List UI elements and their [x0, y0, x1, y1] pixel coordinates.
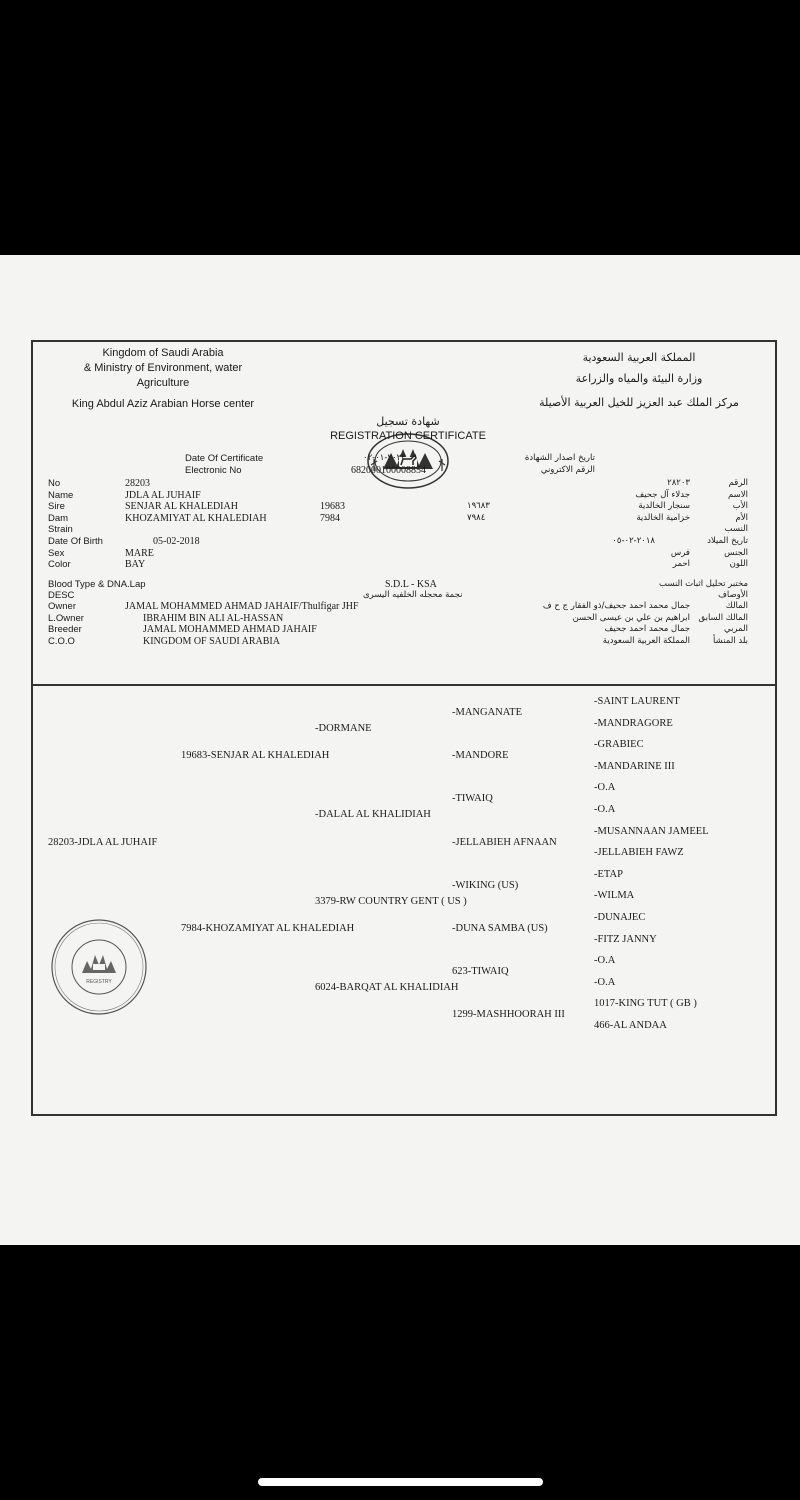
pedigree-entry: 1299-MASHHOORAH III [452, 1009, 565, 1020]
pedigree-entry: -JELLABIEH FAWZ [594, 847, 684, 858]
field-label-ar: النسب [725, 524, 748, 534]
field-value: 05-02-2018 [153, 536, 200, 547]
registry-stamp-icon: REGISTRY [49, 917, 149, 1017]
certificate-frame: Kingdom of Saudi Arabia & Ministry of En… [31, 340, 777, 1116]
owner-label-ar: المالك [726, 601, 748, 611]
pedigree-entry: 28203-JDLA AL JUHAIF [48, 837, 157, 848]
pedigree-entry: -MANDORE [452, 750, 509, 761]
pedigree-entry: -O.A [594, 955, 615, 966]
header-left: Kingdom of Saudi Arabia & Ministry of En… [53, 346, 273, 412]
owner-label-ar: المربي [724, 624, 748, 634]
field-value: SENJAR AL KHALEDIAH [125, 501, 238, 512]
owner-label: Owner [48, 601, 76, 612]
field-label-ar: اللون [730, 559, 748, 569]
pedigree-entry: -MUSANNAAN JAMEEL [594, 826, 709, 837]
desc-label: DESC [48, 590, 74, 601]
desc-value-ar: نجمة محجله الخلفيه اليسرى [363, 590, 462, 600]
header-left-line: Kingdom of Saudi Arabia [53, 346, 273, 361]
pedigree-entry: 466-AL ANDAA [594, 1020, 667, 1031]
pedigree-entry: -SAINT LAURENT [594, 696, 680, 707]
header-right-center: مركز الملك عبد العزيز للخيل العربية الأص… [529, 390, 749, 416]
header-left-line: & Ministry of Environment, water [53, 361, 273, 376]
field-number: 7984 [320, 513, 340, 524]
pedigree-entry: -GRABIEC [594, 739, 644, 750]
field-label: Name [48, 490, 73, 501]
date-label-ar: تاريخ اصدار الشهادة [525, 453, 595, 463]
date-label: Date Of Certificate [185, 453, 263, 464]
pedigree-entry: 623-TIWAIQ [452, 966, 509, 977]
header-right-line: المملكة العربية السعودية [529, 348, 749, 368]
pedigree-entry: 3379-RW COUNTRY GENT ( US ) [315, 896, 467, 907]
field-label: No [48, 478, 60, 489]
header-right-line: وزارة البيئة والمياه والزراعة [529, 368, 749, 390]
field-label: Dam [48, 513, 68, 524]
owner-value: KINGDOM OF SAUDI ARABIA [143, 636, 280, 647]
field-value-ar: خزامية الخالدية [636, 513, 690, 523]
owner-label: C.O.O [48, 636, 75, 647]
pedigree-entry: 7984-KHOZAMIYAT AL KHALEDIAH [181, 923, 354, 934]
field-label: Strain [48, 524, 73, 535]
pedigree-entry: -DALAL AL KHALIDIAH [315, 809, 431, 820]
owner-value: JAMAL MOHAMMED AHMAD JAHAIF/Thulfigar JH… [125, 601, 359, 612]
electronic-value: 682000100008854 [351, 465, 426, 476]
electronic-label: Electronic No [185, 465, 242, 476]
date-value: ٢٠٢٢-٠١-٠٢ [363, 453, 406, 463]
pedigree-entry: -MANGANATE [452, 707, 522, 718]
pedigree-entry: -MANDRAGORE [594, 718, 673, 729]
certificate-paper: Kingdom of Saudi Arabia & Ministry of En… [0, 255, 800, 1245]
pedigree-entry: -O.A [594, 804, 615, 815]
owner-value-ar: ابراهيم بن علي بن عيسى الحسن [573, 613, 690, 623]
field-number-ar: ١٩٦٨٣ [467, 501, 490, 511]
field-value-ar: جدلاء آل جحيف [635, 490, 690, 500]
pedigree-entry: 1017-KING TUT ( GB ) [594, 998, 697, 1009]
field-label: Date Of Birth [48, 536, 103, 547]
title-english: REGISTRATION CERTIFICATE [323, 430, 493, 442]
pedigree-entry: -DORMANE [315, 723, 372, 734]
header-left-line: Agriculture [53, 376, 273, 391]
pedigree-entry: -O.A [594, 782, 615, 793]
field-number: 19683 [320, 501, 345, 512]
pedigree-entry: -FITZ JANNY [594, 934, 657, 945]
field-label-ar: الاسم [728, 490, 748, 500]
pedigree-entry: 19683-SENJAR AL KHALEDIAH [181, 750, 329, 761]
pedigree-entry: -DUNA SAMBA (US) [452, 923, 548, 934]
field-value-ar: فرس [671, 548, 690, 558]
home-indicator[interactable] [258, 1478, 543, 1486]
header-right: المملكة العربية السعودية وزارة البيئة وا… [529, 348, 749, 416]
section-divider [33, 684, 775, 686]
lab-value: S.D.L - KSA [385, 579, 437, 590]
owner-label: L.Owner [48, 613, 84, 624]
desc-label-ar: الأوصاف [718, 590, 748, 600]
owner-label-ar: بلد المنشأ [713, 636, 748, 646]
pedigree-entry: -O.A [594, 977, 615, 988]
pedigree-entry: -JELLABIEH AFNAAN [452, 837, 557, 848]
field-value: KHOZAMIYAT AL KHALEDIAH [125, 513, 267, 524]
lab-label: Blood Type & DNA.Lap [48, 579, 146, 590]
owner-label: Breeder [48, 624, 82, 635]
owner-value-ar: جمال محمد احمد جحيف/ذو الفقار ج ح ف [543, 601, 690, 611]
field-label-ar: الأب [733, 501, 748, 511]
electronic-label-ar: الرقم الاكتروني [541, 465, 595, 475]
owner-value: JAMAL MOHAMMED AHMAD JAHAIF [143, 624, 317, 635]
field-label: Sex [48, 548, 64, 559]
field-value: BAY [125, 559, 145, 570]
pedigree-entry: -WILMA [594, 890, 634, 901]
header-left-center: King Abdul Aziz Arabian Horse center [53, 397, 273, 412]
field-label: Color [48, 559, 71, 570]
lab-label-ar: مختبر تحليل اثبات النسب [659, 579, 748, 589]
field-label-ar: الأم [736, 513, 748, 523]
field-value: JDLA AL JUHAIF [125, 490, 201, 501]
field-label-ar: تاريخ الميلاد [707, 536, 748, 546]
pedigree-entry: -ETAP [594, 869, 623, 880]
field-value-ar: سنجار الخالدية [638, 501, 690, 511]
owner-value-ar: جمال محمد احمد جحيف [604, 624, 690, 634]
pedigree-entry: -MANDARINE III [594, 761, 675, 772]
owner-label-ar: المالك السابق [699, 613, 749, 623]
field-number-ar: ٧٩٨٤ [467, 513, 485, 523]
field-value-ar: احمر [673, 559, 690, 569]
owner-value: IBRAHIM BIN ALI AL-HASSAN [143, 613, 283, 624]
field-value-ar: ٢٨٢٠٣ [667, 478, 690, 488]
field-label-ar: الجنس [724, 548, 748, 558]
pedigree-entry: -DUNAJEC [594, 912, 645, 923]
field-value-ar: ٢٠١٨-٠٢-٠٥ [612, 536, 655, 546]
field-value: 28203 [125, 478, 150, 489]
pedigree-entry: -WIKING (US) [452, 880, 518, 891]
field-label: Sire [48, 501, 65, 512]
pedigree-entry: 6024-BARQAT AL KHALIDIAH [315, 982, 459, 993]
field-value: MARE [125, 548, 154, 559]
field-label-ar: الرقم [729, 478, 748, 488]
title-arabic: شهادة تسجيل [373, 415, 443, 428]
svg-text:REGISTRY: REGISTRY [86, 979, 112, 985]
pedigree-entry: -TIWAIQ [452, 793, 493, 804]
owner-value-ar: المملكة العربية السعودية [603, 636, 690, 646]
